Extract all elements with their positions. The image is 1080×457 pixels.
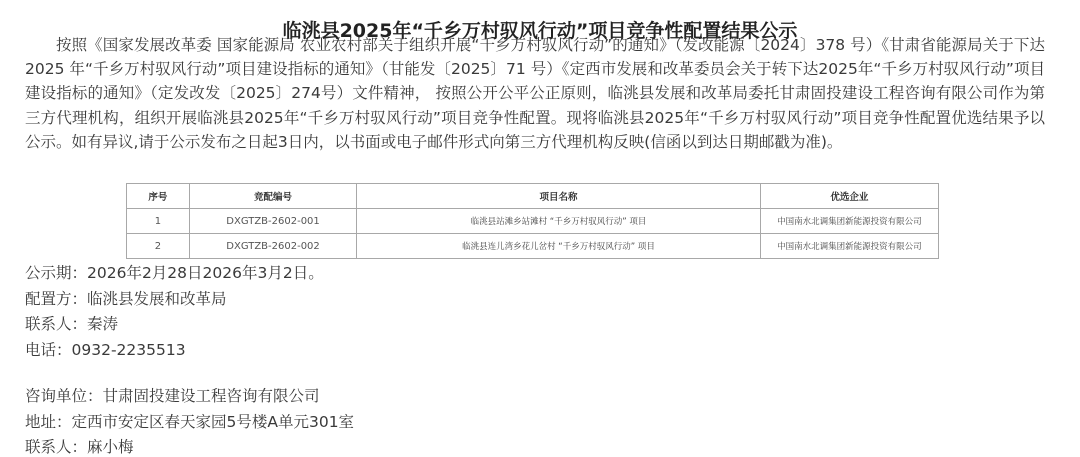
configurer: 配置方：临洮县发展和改革局 — [25, 287, 324, 313]
announcement-period: 公示期：2026年2月28日2026年3月2日。 — [25, 261, 324, 287]
header-code: 竞配编号 — [189, 184, 357, 209]
table-row: 2 DXGTZB-2602-002 临洮县连儿湾乡花儿岔村 “千乡万村驭风行动”… — [127, 234, 939, 259]
table-header-row: 序号 竞配编号 项目名称 优选企业 — [127, 184, 939, 209]
consulting-unit: 咨询单位：甘肃固投建设工程咨询有限公司 — [25, 384, 354, 410]
header-seq: 序号 — [127, 184, 190, 209]
cell-company: 中国南水北调集团新能源投资有限公司 — [760, 209, 938, 234]
cell-seq: 2 — [127, 234, 190, 259]
announcement-info-block: 公示期：2026年2月28日2026年3月2日。 配置方：临洮县发展和改革局 联… — [25, 261, 324, 363]
consulting-info-block: 咨询单位：甘肃固投建设工程咨询有限公司 地址：定西市安定区春天家园5号楼A单元3… — [25, 384, 354, 457]
header-project-name: 项目名称 — [357, 184, 760, 209]
consulting-address: 地址：定西市安定区春天家园5号楼A单元301室 — [25, 410, 354, 436]
cell-company: 中国南水北调集团新能源投资有限公司 — [760, 234, 938, 259]
table-row: 1 DXGTZB-2602-001 临洮县站滩乡站滩村 “千乡万村驭风行动” 项… — [127, 209, 939, 234]
phone-number: 电话：0932-2235513 — [25, 338, 324, 364]
consulting-contact: 联系人：麻小梅 — [25, 435, 354, 457]
cell-code: DXGTZB-2602-002 — [189, 234, 357, 259]
announcement-body-paragraph: 按照《国家发展改革委 国家能源局 农业农村部关于组织开展“千乡万村驭风行动”的通… — [25, 33, 1045, 154]
cell-project-name: 临洮县连儿湾乡花儿岔村 “千乡万村驭风行动” 项目 — [357, 234, 760, 259]
cell-project-name: 临洮县站滩乡站滩村 “千乡万村驭风行动” 项目 — [357, 209, 760, 234]
cell-code: DXGTZB-2602-001 — [189, 209, 357, 234]
contact-person: 联系人：秦涛 — [25, 312, 324, 338]
cell-seq: 1 — [127, 209, 190, 234]
results-table: 序号 竞配编号 项目名称 优选企业 1 DXGTZB-2602-001 临洮县站… — [126, 183, 939, 259]
header-company: 优选企业 — [760, 184, 938, 209]
